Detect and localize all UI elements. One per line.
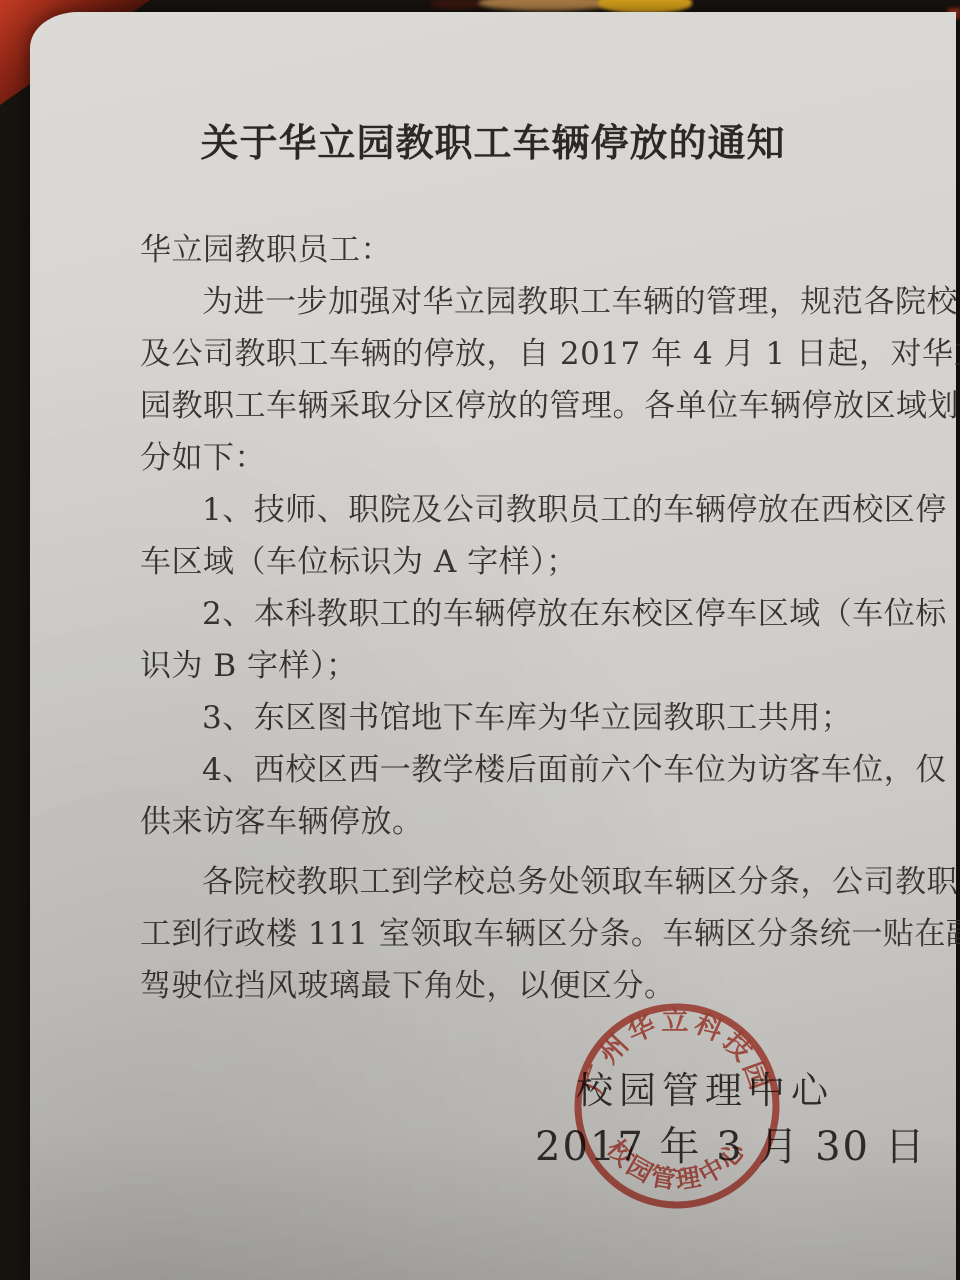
official-stamp: 广州华立科技园 校园管理中心 bbox=[567, 996, 787, 1216]
photo-background: 关于华立园教职工车辆停放的通知 华立园教职员工： 为进一步加强对华立园教职工车辆… bbox=[0, 0, 960, 1280]
notice-document: 关于华立园教职工车辆停放的通知 华立园教职员工： 为进一步加强对华立园教职工车辆… bbox=[30, 12, 956, 1280]
body-line: 车区域（车位标识为 A 字样）； bbox=[140, 536, 888, 588]
background-object-tan bbox=[478, 0, 614, 11]
body-line-item-3: 3、东区图书馆地下车库为华立园教职工共用； bbox=[140, 692, 888, 744]
body-line: 分如下： bbox=[140, 432, 888, 484]
body-line: 园教职工车辆采取分区停放的管理。各单位车辆停放区域划 bbox=[140, 380, 888, 432]
document-body: 华立园教职员工： 为进一步加强对华立园教职工车辆的管理，规范各院校 及公司教职工… bbox=[140, 224, 888, 1012]
salutation-line: 华立园教职员工： bbox=[140, 224, 888, 276]
body-line-item-1: 1、技师、职院及公司教职员工的车辆停放在西校区停 bbox=[140, 484, 888, 536]
body-line: 工到行政楼 111 室领取车辆区分条。车辆区分条统一贴在副 bbox=[140, 908, 888, 960]
official-stamp-seal: 广州华立科技园 校园管理中心 bbox=[567, 996, 787, 1216]
stamp-text-top: 广州华立科技园 bbox=[578, 1006, 777, 1097]
body-line-item-2: 2、本科教职工的车辆停放在东校区停车区域（车位标 bbox=[140, 588, 888, 640]
body-line: 及公司教职工车辆的停放，自 2017 年 4 月 1 日起，对华立 bbox=[140, 328, 888, 380]
background-object-dark-red bbox=[430, 0, 482, 10]
document-title: 关于华立园教职工车辆停放的通知 bbox=[30, 112, 956, 167]
body-line: 识为 B 字样）； bbox=[140, 640, 888, 692]
body-line-item-4: 4、西校区西一教学楼后面前六个车位为访客车位，仅 bbox=[140, 744, 888, 796]
body-line: 各院校教职工到学校总务处领取车辆区分条，公司教职 bbox=[140, 856, 888, 908]
body-line: 供来访客车辆停放。 bbox=[140, 796, 888, 848]
body-line: 为进一步加强对华立园教职工车辆的管理，规范各院校 bbox=[140, 276, 888, 328]
